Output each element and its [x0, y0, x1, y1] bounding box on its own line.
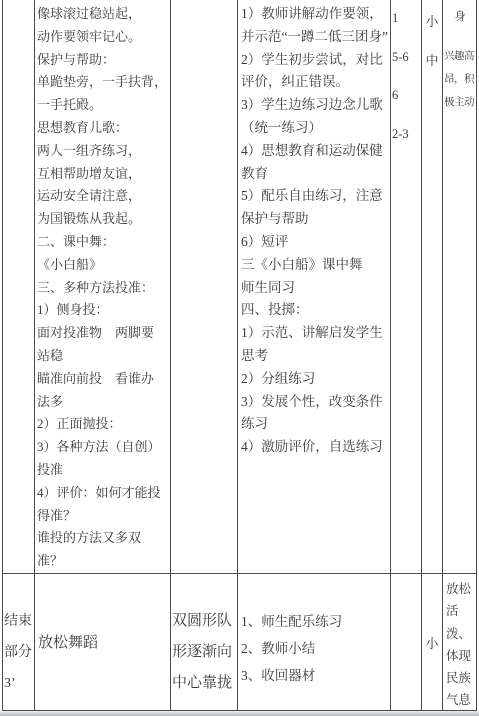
cell-teaching-methods: 1）教师讲解动作要领， 并示范“一蹲二低三团身” 2）学生初步尝试，对比 评价，…	[241, 3, 389, 459]
table-column-divider-4	[390, 0, 391, 711]
intensity-value: 小	[422, 11, 442, 50]
cell-closing-content: 放松舞蹈	[38, 632, 168, 654]
table-column-divider-2	[170, 0, 171, 711]
table-border-right	[476, 0, 477, 711]
cell-closing-note: 放松 活 泼、 体现 民族 气息	[446, 578, 476, 712]
cell-activity-content: 像球滚过稳站起， 动作要领牢记心。 保护与帮助： 单跪垫旁，一手扶背， 一手托殿…	[37, 3, 169, 573]
table-column-divider-3	[237, 0, 238, 711]
intensity-column: 小 中	[422, 11, 442, 89]
times-value: 6	[392, 88, 420, 127]
table-column-divider-1	[34, 0, 35, 711]
table-border-left	[2, 0, 3, 711]
times-column: 1 5-6 6 2-3	[392, 11, 420, 165]
table-column-divider-5	[421, 0, 422, 711]
page-edge-shadow	[0, 711, 479, 716]
table-row-divider	[2, 573, 477, 574]
times-value: 5-6	[392, 50, 420, 89]
cell-stage-label: 结束 部分 3’	[4, 606, 34, 699]
note-column: 身 兴趣高 昂，积 极主动	[444, 6, 476, 114]
note-body-text: 兴趣高 昂，积 极主动	[444, 45, 476, 114]
cell-closing-methods: 1、师生配乐练习 2、教师小结 3、收回器材	[241, 608, 389, 689]
note-head-text: 身	[444, 6, 476, 29]
lesson-plan-table-page: 像球滚过稳站起， 动作要领牢记心。 保护与帮助： 单跪垫旁，一手扶背， 一手托殿…	[0, 0, 479, 716]
intensity-value: 中	[422, 50, 442, 89]
cell-closing-intensity: 小	[422, 633, 442, 652]
cell-formation: 双圆形队 形逐渐向 中心靠拢	[172, 606, 236, 699]
times-value: 1	[392, 11, 420, 50]
table-column-divider-6	[442, 0, 443, 711]
times-value: 2-3	[392, 127, 420, 166]
